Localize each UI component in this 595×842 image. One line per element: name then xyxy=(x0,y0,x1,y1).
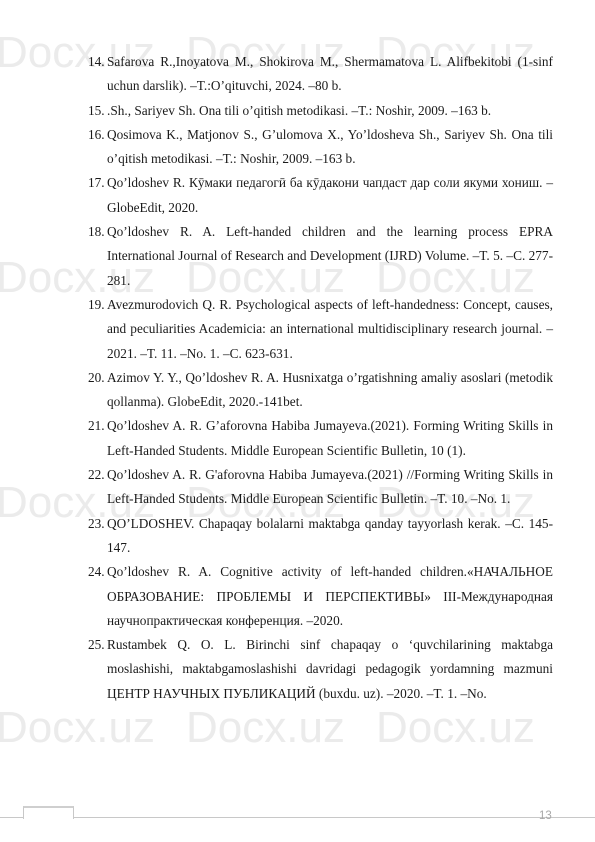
reference-item: 18.Qo’ldoshev R. A. Left-handed children… xyxy=(88,220,553,293)
reference-item: 17.Qo’ldoshev R. Кӯмаки педагогӣ ба кӯда… xyxy=(88,171,553,220)
document-body: 14.Safarova R.,Inoyatova M., Shokirova M… xyxy=(88,50,553,706)
reference-text: Qosimova K., Matjonov S., G’ulomova X., … xyxy=(107,127,553,166)
reference-text: Safarova R.,Inoyatova M., Shokirova M., … xyxy=(107,54,553,93)
reference-item: 23.QO’LDOSHEV. Chapaqay bolalarni maktab… xyxy=(88,512,553,561)
reference-item: 14.Safarova R.,Inoyatova M., Shokirova M… xyxy=(88,50,553,99)
reference-item: 24.Qo’ldoshev R. A. Cognitive activity o… xyxy=(88,560,553,633)
reference-item: 21.Qo’ldoshev A. R. G’aforovna Habiba Ju… xyxy=(88,414,553,463)
reference-item: 25.Rustambek Q. O. L. Birinchi sinf chap… xyxy=(88,633,553,706)
reference-number: 15. xyxy=(88,99,105,123)
reference-text: Avezmurodovich Q. R. Psychological aspec… xyxy=(107,297,553,361)
reference-item: 15..Sh., Sariyev Sh. Ona tili o’qitish m… xyxy=(88,99,553,123)
reference-text: Qo’ldoshev R. A. Left-handed children an… xyxy=(107,224,553,288)
reference-text: Qo’ldoshev R. A. Cognitive activity of l… xyxy=(107,564,553,628)
reference-number: 18. xyxy=(88,220,105,244)
reference-number: 24. xyxy=(88,560,105,584)
reference-text: Qo’ldoshev R. Кӯмаки педагогӣ ба кӯдакон… xyxy=(107,175,553,214)
reference-text: .Sh., Sariyev Sh. Ona tili o’qitish meto… xyxy=(107,103,491,118)
footer-tab-decoration xyxy=(23,806,74,819)
reference-item: 19.Avezmurodovich Q. R. Psychological as… xyxy=(88,293,553,366)
reference-number: 17. xyxy=(88,171,105,195)
reference-number: 16. xyxy=(88,123,105,147)
watermark-text: Docx.uz xyxy=(376,705,566,751)
page-number: 13 xyxy=(536,809,555,823)
reference-text: Azimov Y. Y., Qo’ldoshev R. A. Husnixatg… xyxy=(107,370,553,409)
reference-number: 14. xyxy=(88,50,105,74)
reference-text: QO’LDOSHEV. Chapaqay bolalarni maktabga … xyxy=(107,516,553,555)
watermark-row: Docx.uzDocx.uzDocx.uz xyxy=(0,705,595,751)
reference-text: Qo’ldoshev A. R. G'aforovna Habiba Jumay… xyxy=(107,467,553,506)
reference-text: Rustambek Q. O. L. Birinchi sinf chapaqa… xyxy=(107,637,553,701)
reference-text: Qo’ldoshev A. R. G’aforovna Habiba Jumay… xyxy=(107,418,553,457)
reference-item: 22.Qo’ldoshev A. R. G'aforovna Habiba Ju… xyxy=(88,463,553,512)
watermark-text: Docx.uz xyxy=(186,705,376,751)
reference-list: 14.Safarova R.,Inoyatova M., Shokirova M… xyxy=(88,50,553,706)
footer-divider xyxy=(0,817,595,818)
reference-number: 19. xyxy=(88,293,105,317)
reference-number: 22. xyxy=(88,463,105,487)
reference-number: 25. xyxy=(88,633,105,657)
reference-item: 20.Azimov Y. Y., Qo’ldoshev R. A. Husnix… xyxy=(88,366,553,415)
reference-number: 20. xyxy=(88,366,105,390)
reference-number: 23. xyxy=(88,512,105,536)
reference-item: 16.Qosimova K., Matjonov S., G’ulomova X… xyxy=(88,123,553,172)
reference-number: 21. xyxy=(88,414,105,438)
watermark-text: Docx.uz xyxy=(0,705,186,751)
